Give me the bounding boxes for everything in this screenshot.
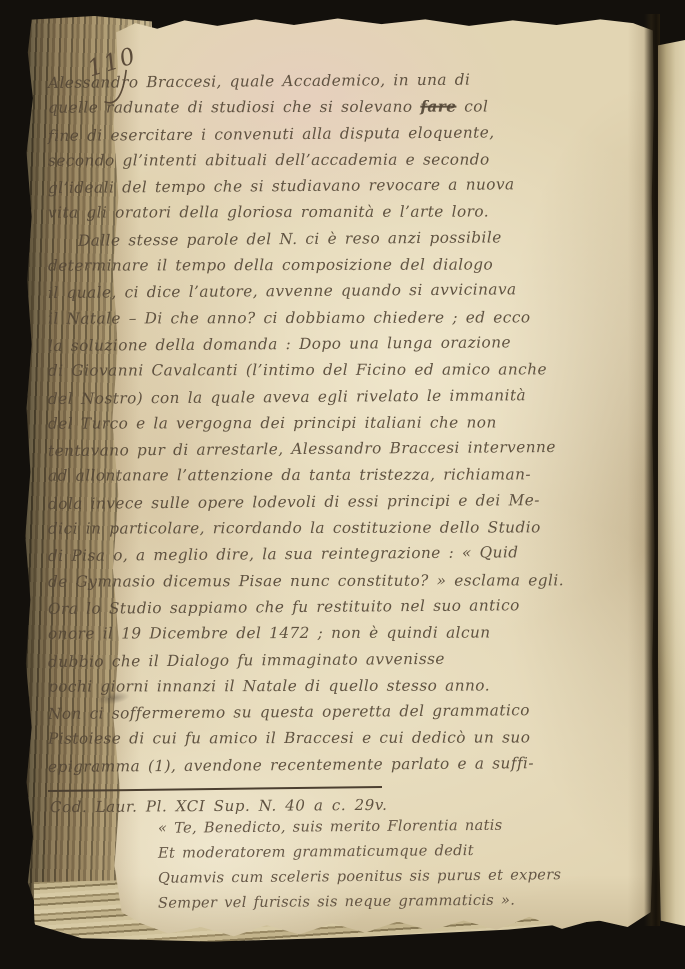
manuscript-line: dola invece sulle opere lodevoli di essi… xyxy=(48,487,544,517)
manuscript-line: vita gli oratori della gloriosa romanità… xyxy=(48,199,544,227)
verse-line: « Te, Benedicto, suis merito Florentia n… xyxy=(158,812,561,841)
manuscript-line: determinare il tempo della composizione … xyxy=(48,251,544,279)
manuscript-line: di Pisa o, a meglio dire, la sua reinteg… xyxy=(48,539,544,569)
manuscript-line: Non ci soffermeremo su questa operetta d… xyxy=(48,697,544,727)
line-segment: col xyxy=(456,98,488,116)
manuscript-line: fine di esercitare i convenuti alla disp… xyxy=(48,119,544,149)
manuscript-line: la soluzione della domanda : Dopo una lu… xyxy=(48,329,544,359)
gutter-shadow xyxy=(644,14,660,926)
manuscript-line: epigramma (1), avendone recentemente par… xyxy=(48,750,544,780)
manuscript-line: dubbio che il Dialogo fu immaginato avve… xyxy=(48,645,544,675)
manuscript-line: secondo gl’intenti abituali dell’accadem… xyxy=(48,146,544,174)
manuscript-line: del Turco e la vergogna dei principi ita… xyxy=(48,409,544,437)
manuscript-text: Alessandro Braccesi, quale Accademico, i… xyxy=(48,68,544,778)
manuscript-line: Dalle stesse parole del N. ci è reso anz… xyxy=(48,224,544,254)
manuscript-line: pochi giorni innanzi il Natale di quello… xyxy=(48,672,544,700)
book-photograph: 110 Alessandro Braccesi, quale Accademic… xyxy=(0,0,685,969)
manuscript-line: gl’ideali del tempo che si studiavano re… xyxy=(48,171,544,201)
manuscript-line: del Nostro) con la quale aveva egli rive… xyxy=(48,382,544,412)
manuscript-line: quelle radunate di studiosi che si solev… xyxy=(48,94,544,122)
struck-word: fare xyxy=(420,98,456,116)
manuscript-line: Alessandro Braccesi, quale Accademico, i… xyxy=(48,66,544,96)
verse-line: Quamvis cum sceleris poenitus sis purus … xyxy=(158,862,561,891)
manuscript-line: di Giovanni Cavalcanti (l’intimo del Fic… xyxy=(48,357,544,385)
manuscript-line: il quale, ci dice l’autore, avvenne quan… xyxy=(48,276,544,306)
manuscript-line: Pistoiese di cui fu amico il Braccesi e … xyxy=(48,725,544,753)
manuscript-line: dici in particolare, ricordando la costi… xyxy=(48,514,544,542)
manuscript-line: onore il 19 Dicembre del 1472 ; non è qu… xyxy=(48,620,544,648)
manuscript-line: de Gymnasio dicemus Pisae nunc constitut… xyxy=(48,567,544,595)
manuscript-line: ad allontanare l’attenzione da tanta tri… xyxy=(48,462,544,490)
adjacent-page-edge xyxy=(658,40,685,926)
manuscript-line: Ora lo Studio sappiamo che fu restituito… xyxy=(48,592,544,622)
manuscript-line: il Natale – Di che anno? ci dobbiamo chi… xyxy=(48,304,544,332)
line-segment: quelle radunate di studiosi che si solev… xyxy=(48,98,420,117)
manuscript-line: tentavano pur di arrestarle, Alessandro … xyxy=(48,434,544,464)
verse-line: Semper vel furiscis sis neque grammatici… xyxy=(158,887,561,916)
verse-line: Et moderatorem grammaticumque dedit xyxy=(158,837,561,866)
footnote-verse: « Te, Benedicto, suis merito Florentia n… xyxy=(158,814,561,914)
